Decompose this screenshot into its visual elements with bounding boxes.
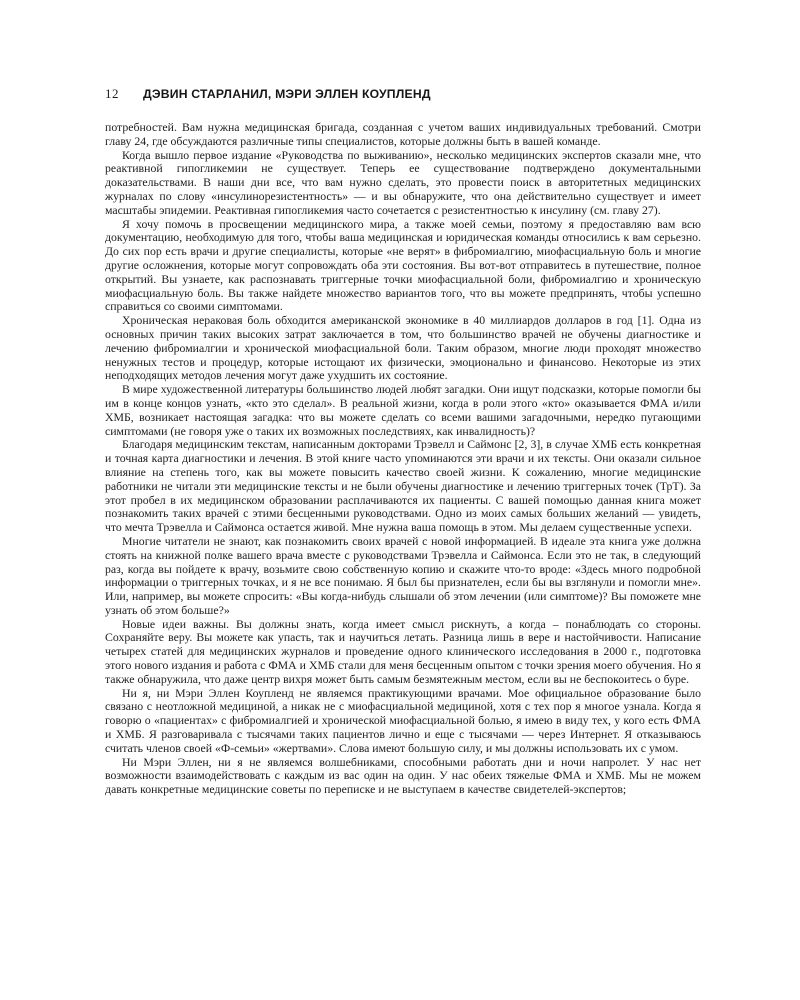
paragraph: Благодаря медицинским текстам, написанны… — [105, 438, 701, 535]
paragraph: Ни я, ни Мэри Эллен Коупленд не являемся… — [105, 687, 701, 756]
paragraph: Хроническая нераковая боль обходится аме… — [105, 314, 701, 383]
text-column: потребностей. Вам нужна медицинская бриг… — [105, 121, 701, 797]
paragraph: Когда вышло первое издание «Руководства … — [105, 149, 701, 218]
book-page: 12 ДЭВИН СТАРЛАНИЛ, МЭРИ ЭЛЛЕН КОУПЛЕНД … — [0, 0, 800, 1000]
paragraph: Я хочу помочь в просвещении медицинского… — [105, 218, 701, 315]
page-number: 12 — [105, 86, 119, 102]
paragraph: В мире художественной литературы большин… — [105, 383, 701, 438]
paragraph: Новые идеи важны. Вы должны знать, когда… — [105, 618, 701, 687]
paragraph: Многие читатели не знают, как познакомит… — [105, 535, 701, 618]
page-header: 12 ДЭВИН СТАРЛАНИЛ, МЭРИ ЭЛЛЕН КОУПЛЕНД — [105, 86, 701, 102]
running-head: ДЭВИН СТАРЛАНИЛ, МЭРИ ЭЛЛЕН КОУПЛЕНД — [143, 87, 431, 101]
paragraph: Ни Мэри Эллен, ни я не являемся волшебни… — [105, 756, 701, 797]
paragraph: потребностей. Вам нужна медицинская бриг… — [105, 121, 701, 149]
